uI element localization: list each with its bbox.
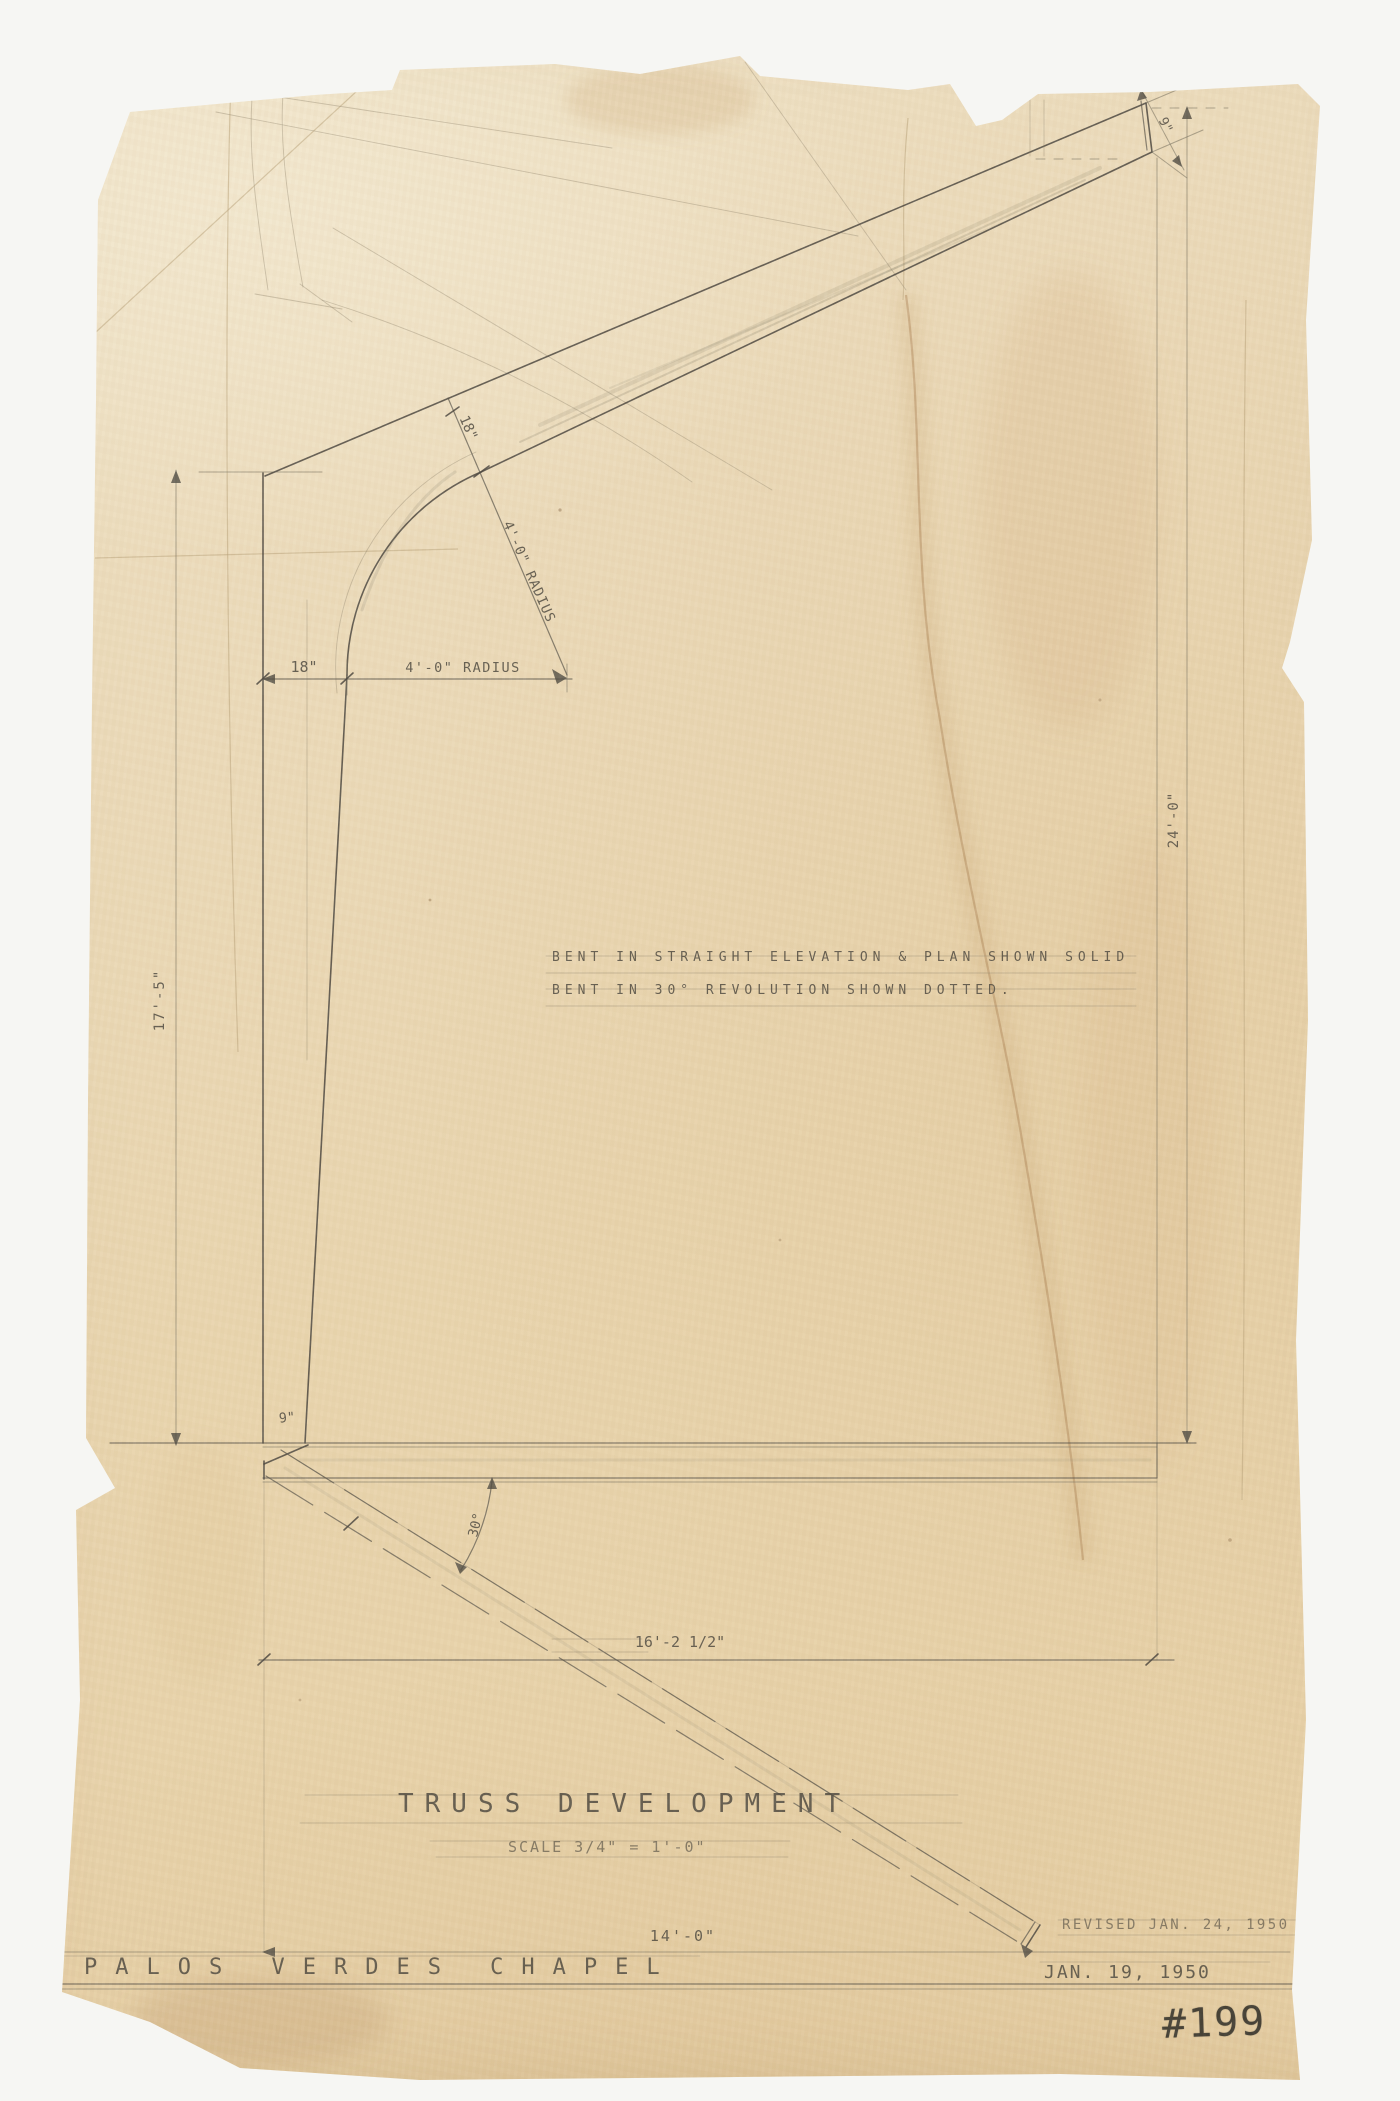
project-name: PALOS VERDES CHAPEL (84, 1955, 678, 1980)
dim-column-width-top: 18" (276, 658, 332, 676)
dim-overall-slope-length: 24'-0" (1166, 780, 1182, 860)
dim-radius-horizontal: 4'-0" RADIUS (383, 660, 543, 676)
note-line-2: BENT IN 30° REVOLUTION SHOWN DOTTED. (552, 983, 1014, 998)
drawing-scale: SCALE 3/4" = 1'-0" (508, 1838, 707, 1856)
drawing-date: JAN. 19, 1950 (1044, 1962, 1211, 1983)
sheet-number: #199 (1161, 1998, 1267, 2048)
drawing-title: TRUSS DEVELOPMENT (398, 1789, 851, 1819)
dim-development-length: 16'-2 1/2" (600, 1633, 760, 1651)
drawing-sheet: 17'-5" 18" 4'-0" RADIUS 18" 4'-0" RADIUS… (0, 0, 1400, 2101)
drawing-linework (0, 0, 1400, 2101)
dim-column-height: 17'-5" (152, 960, 168, 1040)
note-line-1: BENT IN STRAIGHT ELEVATION & PLAN SHOWN … (552, 950, 1129, 965)
paper-stains (130, 65, 1232, 2065)
revision-note: REVISED JAN. 24, 1950 (1062, 1917, 1289, 1933)
dim-plan-length: 14'-0" (623, 1927, 743, 1945)
scanned-drawing-page: 17'-5" 18" 4'-0" RADIUS 18" 4'-0" RADIUS… (0, 0, 1400, 2101)
